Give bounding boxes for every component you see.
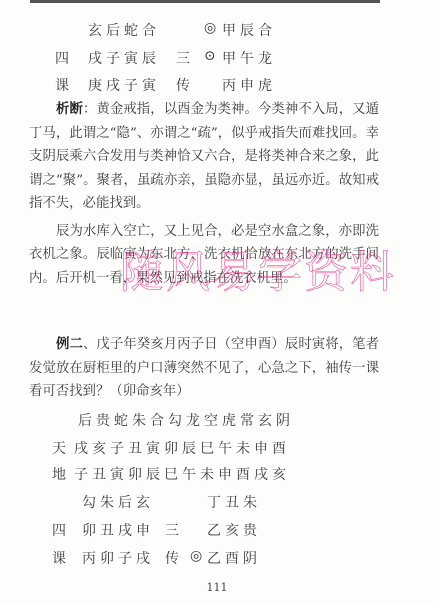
analysis-text: ：黄金戒指，以酉金为类神。今类神不入局，又遁丁马，此谓之“隐”、亦谓之“疏”，似… <box>29 102 379 211</box>
heaven-label: 天 <box>52 441 66 457</box>
three-transmissions: 乙酉阴 <box>207 548 261 568</box>
row-label: 传 <box>176 75 190 95</box>
row-label: 课 <box>52 548 66 568</box>
table-row: 四 卯丑戌申 三 乙亥贵 <box>0 520 434 540</box>
generals: 后贵蛇朱合勾龙空虎常玄阴 <box>78 413 294 429</box>
row-label: 三 <box>165 520 179 540</box>
four-lessons: 戌子寅辰 <box>88 48 160 68</box>
earth-label: 地 <box>52 467 66 483</box>
three-transmissions: 甲辰合 <box>222 20 276 40</box>
three-transmissions: 丁丑朱 <box>207 492 261 512</box>
row-label: 三 <box>176 48 190 68</box>
heaven-branches: 戌亥子丑寅卯辰巳午未申酉 <box>74 441 290 457</box>
dot-circle-mark-icon: ⊙ <box>204 48 216 64</box>
four-lessons: 玄后蛇合 <box>88 20 160 40</box>
table-row: 玄后蛇合 ◎ 甲辰合 <box>0 20 434 40</box>
row-label: 传 <box>165 548 179 568</box>
example2-paragraph: 例二、戊子年癸亥月丙子日（空申酉）辰时寅将，笔者发觉放在厨柜里的户口薄突然不见了… <box>29 333 379 404</box>
earth-row: 地子丑寅卯辰巳午未申酉戌亥 <box>52 464 290 484</box>
table-row: 课 丙卯子戌 传 ◎ 乙酉阴 <box>0 548 434 568</box>
three-transmissions: 乙亥贵 <box>207 520 261 540</box>
heaven-row: 天戌亥子丑寅卯辰巳午未申酉 <box>52 438 290 458</box>
three-transmissions: 甲午龙 <box>222 48 276 68</box>
row-label: 课 <box>55 75 69 95</box>
circle-mark-icon: ◎ <box>204 20 216 36</box>
four-lessons: 勾朱后玄 <box>82 492 154 512</box>
example2-intro: 例二、戊子年癸亥月丙子日（空申酉）辰时寅将，笔者发觉放在厨柜里的户口薄突然不见了… <box>29 333 379 404</box>
row-label: 四 <box>55 48 69 68</box>
watermark: 随风易学资料 <box>120 236 396 300</box>
circle-mark-icon: ◎ <box>190 548 202 564</box>
table-row: 课 庚戌子寅 传 丙申虎 <box>0 75 434 95</box>
top-rule <box>30 0 380 3</box>
four-lessons: 丙卯子戌 <box>82 548 154 568</box>
row-label: 四 <box>52 520 66 540</box>
earth-branches: 子丑寅卯辰巳午未申酉戌亥 <box>74 467 290 483</box>
generals-row: 后贵蛇朱合勾龙空虎常玄阴 <box>78 410 294 430</box>
four-lessons: 庚戌子寅 <box>88 75 160 95</box>
three-transmissions: 丙申虎 <box>222 75 276 95</box>
four-lessons: 卯丑戌申 <box>82 520 154 540</box>
table-row: 勾朱后玄 丁丑朱 <box>0 492 434 512</box>
analysis-paragraph: 析断：黄金戒指，以酉金为类神。今类神不入局，又遁丁马，此谓之“隐”、亦谓之“疏”… <box>29 98 379 216</box>
analysis-label: 析断 <box>56 101 83 117</box>
page-number: 111 <box>0 581 434 594</box>
table-row: 四 戌子寅辰 三 ⊙ 甲午龙 <box>0 48 434 68</box>
example2-label: 例二 <box>56 336 83 352</box>
